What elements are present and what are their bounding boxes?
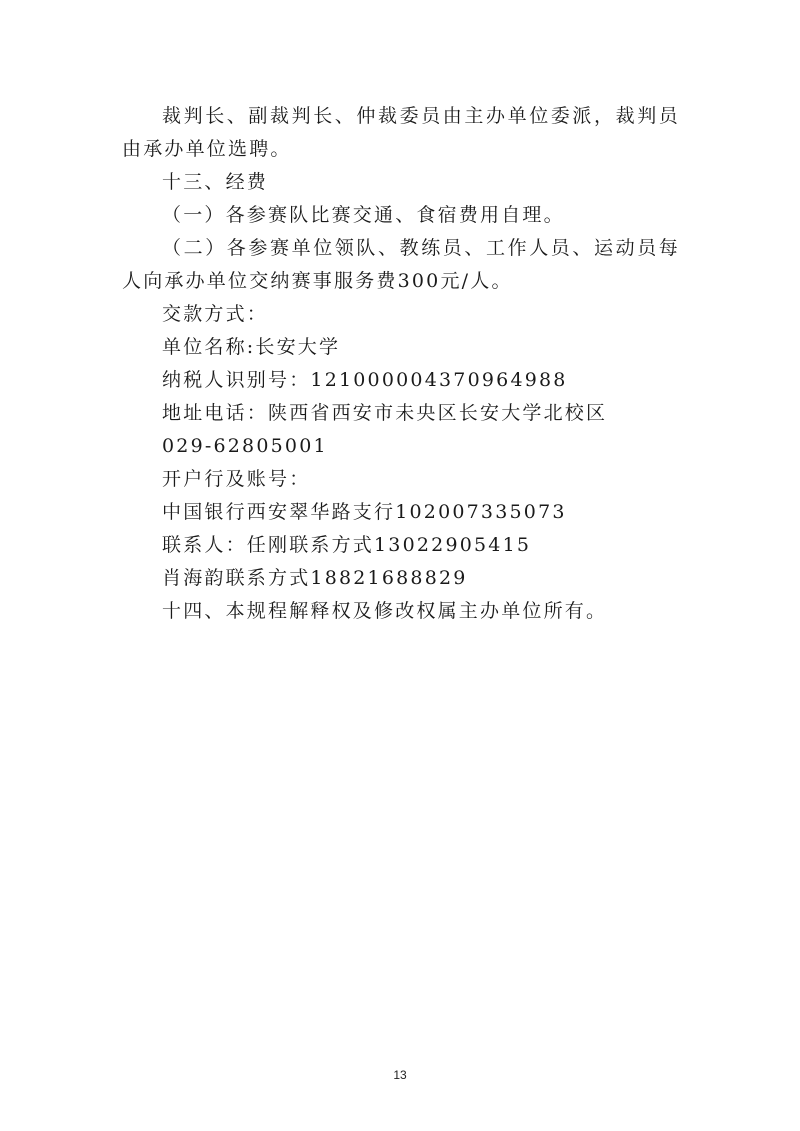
section-13-item-2: （二）各参赛单位领队、教练员、工作人员、运动员每人向承办单位交纳赛事服务费300… xyxy=(122,232,680,298)
section-13-item-1: （一）各参赛队比赛交通、食宿费用自理。 xyxy=(122,199,680,232)
contact-1: 联系人：任刚联系方式13022905415 xyxy=(122,529,680,562)
payment-method-heading: 交款方式： xyxy=(122,298,680,331)
payment-tax-id: 纳税人识别号：121000004370964988 xyxy=(122,364,680,397)
section-13-heading: 十三、经费 xyxy=(122,166,680,199)
payment-phone: 029-62805001 xyxy=(122,430,680,463)
payment-address: 地址电话：陕西省西安市未央区长安大学北校区 xyxy=(122,397,680,430)
contact-2: 肖海韵联系方式18821688829 xyxy=(122,562,680,595)
page-number: 13 xyxy=(0,1068,800,1082)
document-body: 裁判长、副裁判长、仲裁委员由主办单位委派，裁判员由承办单位选聘。 十三、经费 （… xyxy=(122,100,680,628)
referee-appointment-paragraph: 裁判长、副裁判长、仲裁委员由主办单位委派，裁判员由承办单位选聘。 xyxy=(122,100,680,166)
bank-account: 中国银行西安翠华路支行102007335073 xyxy=(122,496,680,529)
bank-heading: 开户行及账号： xyxy=(122,463,680,496)
section-14: 十四、本规程解释权及修改权属主办单位所有。 xyxy=(122,595,680,628)
payment-unit-name: 单位名称:长安大学 xyxy=(122,331,680,364)
document-page: 裁判长、副裁判长、仲裁委员由主办单位委派，裁判员由承办单位选聘。 十三、经费 （… xyxy=(0,0,800,1131)
